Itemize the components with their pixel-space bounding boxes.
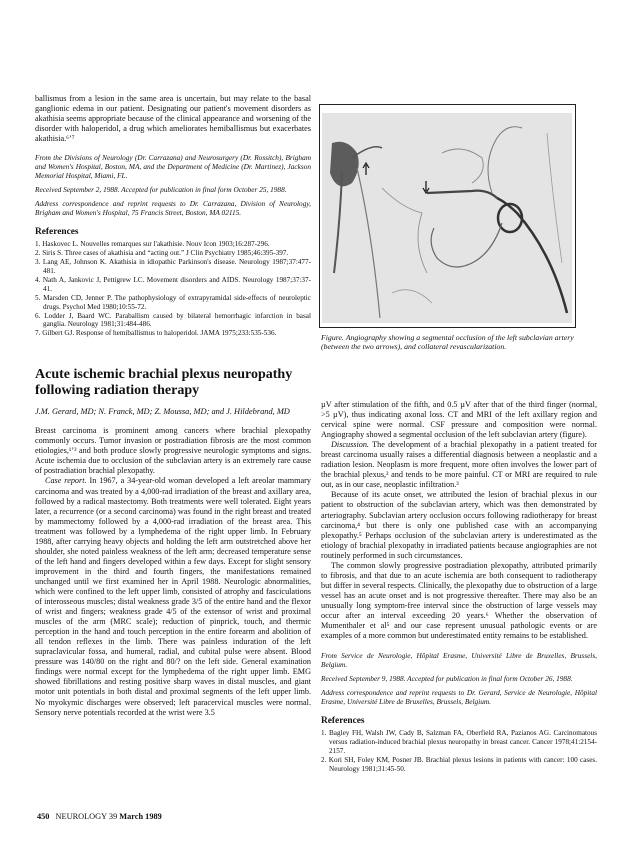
discussion-paragraph-3: The common slowly progressive postradiat… xyxy=(321,561,597,641)
case-report-text: In 1967, a 34-year-old woman developed a… xyxy=(35,476,311,716)
angiogram-image xyxy=(322,113,572,323)
case-report-paragraph: Case report. In 1967, a 34-year-old woma… xyxy=(35,476,311,717)
reference-item: 2. Kori SH, Foley KM, Posner JB. Brachia… xyxy=(321,756,597,774)
left-column: ballismus from a lesion in the same area… xyxy=(35,94,311,718)
reference-item: 1. Bagley FH, Walsh JW, Cady B, Salzman … xyxy=(321,729,597,756)
correspondence-note: Address correspondence and reprint reque… xyxy=(35,199,311,217)
reference-item: 1. Haskovec L. Nouvelles remarques sur l… xyxy=(35,240,311,249)
reference-item: 7. Gilbert GJ. Response of hemiballismus… xyxy=(35,329,311,338)
issue-date: March 1989 xyxy=(119,812,161,821)
article-title: Acute ischemic brachial plexus neuropath… xyxy=(35,367,311,399)
received-note: Received September 9, 1988. Accepted for… xyxy=(321,674,597,683)
affiliation-note: From the Divisions of Neurology (Dr. Car… xyxy=(35,153,311,180)
case-report-continued: µV after stimulation of the fifth, and 0… xyxy=(321,400,597,440)
continuation-paragraph: ballismus from a lesion in the same area… xyxy=(35,94,311,144)
figure-caption: Figure. Angiography showing a segmental … xyxy=(321,333,597,352)
received-note: Received September 2, 1988. Accepted for… xyxy=(35,185,311,194)
reference-item: 2. Siris S. Three cases of akathisia and… xyxy=(35,249,311,258)
discussion-paragraph: Discussion. The development of a brachia… xyxy=(321,440,597,490)
reference-item: 4. Nath A, Jankovic J, Pettigrew LC. Mov… xyxy=(35,276,311,294)
discussion-lead: Discussion. xyxy=(331,440,369,449)
reference-item: 5. Marsden CD, Jenner P. The pathophysio… xyxy=(35,294,311,312)
case-report-lead: Case report. xyxy=(45,476,87,485)
correspondence-note: Address correspondence and reprint reque… xyxy=(321,688,597,706)
page-number: 450 xyxy=(37,812,49,821)
angiography-figure xyxy=(319,104,576,328)
right-column: µV after stimulation of the fifth, and 0… xyxy=(321,400,597,774)
references-heading: References xyxy=(321,716,597,726)
reference-item: 6. Lodder J, Baard WC. Paraballism cause… xyxy=(35,312,311,330)
references-list: 1. Haskovec L. Nouvelles remarques sur l… xyxy=(35,240,311,338)
article-authors: J.M. Gerard, MD; N. Franck, MD; Z. Mouss… xyxy=(35,407,311,417)
journal-name: NEUROLOGY 39 xyxy=(56,812,118,821)
intro-paragraph: Breast carcinoma is prominent among canc… xyxy=(35,426,311,476)
references-heading: References xyxy=(35,227,311,237)
affiliation-note: From Service de Neurologie, Hôpital Eras… xyxy=(321,651,597,669)
reference-item: 3. Lang AE, Johnson K. Akathisia in idio… xyxy=(35,258,311,276)
discussion-paragraph-2: Because of its acute onset, we attribute… xyxy=(321,490,597,560)
page-footer: 450 NEUROLOGY 39 March 1989 xyxy=(37,812,162,821)
references-list: 1. Bagley FH, Walsh JW, Cady B, Salzman … xyxy=(321,729,597,774)
